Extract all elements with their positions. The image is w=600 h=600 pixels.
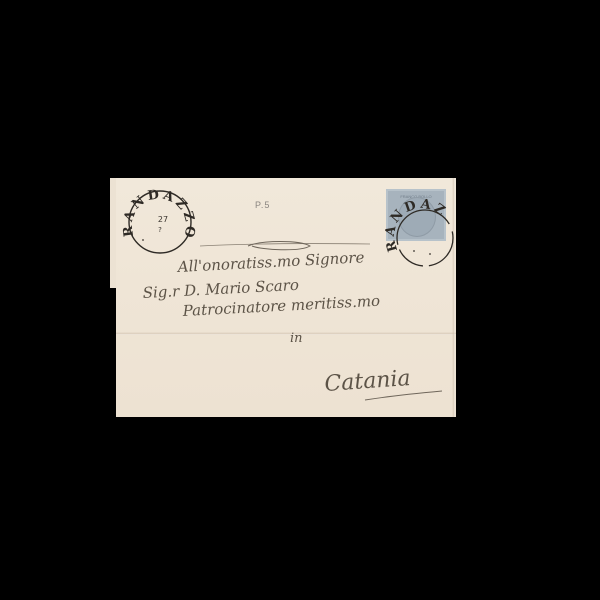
ink-layer: RANDAZZO 27 ? RANDAZZO All'onoratiss.mo … — [0, 0, 600, 600]
folded-letter: P.5 FRANCO BOLLO RANDAZZO 27 ? RANDAZZO — [0, 0, 600, 600]
left-postmark: RANDAZZO 27 ? — [120, 187, 197, 253]
address-line-1: All'onoratiss.mo Signore — [175, 248, 365, 276]
stamp-postmark: RANDAZZO — [0, 0, 453, 266]
left-postmark-date: 27 — [158, 215, 168, 224]
svg-text:RANDAZZO: RANDAZZO — [0, 0, 450, 253]
left-postmark-month: ? — [158, 226, 162, 234]
stamp-postmark-town: RANDAZZO — [0, 0, 450, 253]
address-city: Catania — [324, 366, 412, 397]
address-block: All'onoratiss.mo Signore Sig.r D. Mario … — [142, 242, 442, 401]
address-line-4: in — [290, 331, 303, 346]
